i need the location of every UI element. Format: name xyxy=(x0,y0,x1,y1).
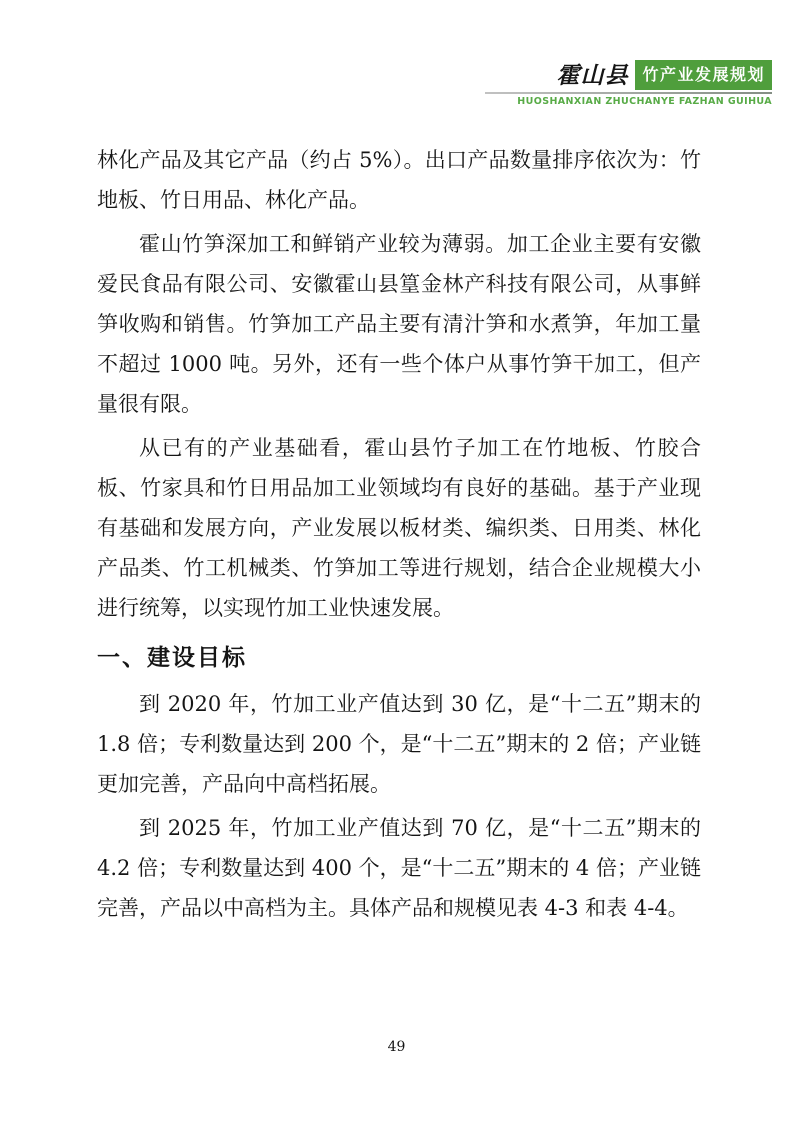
header-title-row: 霍山县 竹产业发展规划 xyxy=(485,60,772,90)
paragraph-goal-2025: 到 2025 年，竹加工业产值达到 70 亿，是“十二五”期末的 4.2 倍；专… xyxy=(97,808,701,928)
header-subtitle: HUOSHANXIAN ZHUCHANYE FAZHAN GUIHUA xyxy=(485,96,772,107)
paragraph-export-products: 林化产品及其它产品（约占 5%）。出口产品数量排序依次为：竹地板、竹日用品、林化… xyxy=(97,140,701,220)
county-name: 霍山县 xyxy=(556,64,635,90)
page-footer: 49 xyxy=(0,1038,793,1056)
report-title-badge: 竹产业发展规划 xyxy=(635,60,772,90)
paragraph-bamboo-shoot-industry: 霍山竹笋深加工和鲜销产业较为薄弱。加工企业主要有安徽爱民食品有限公司、安徽霍山县… xyxy=(97,224,701,424)
paragraph-goal-2020: 到 2020 年，竹加工业产值达到 30 亿，是“十二五”期末的 1.8 倍；专… xyxy=(97,684,701,804)
section-heading-construction-goals: 一、建设目标 xyxy=(97,642,701,674)
page-number: 49 xyxy=(388,1039,406,1055)
page-header: 霍山县 竹产业发展规划 HUOSHANXIAN ZHUCHANYE FAZHAN… xyxy=(485,60,772,107)
document-body: 林化产品及其它产品（约占 5%）。出口产品数量排序依次为：竹地板、竹日用品、林化… xyxy=(97,140,701,932)
header-divider xyxy=(485,92,772,94)
paragraph-industry-foundation: 从已有的产业基础看，霍山县竹子加工在竹地板、竹胶合板、竹家具和竹日用品加工业领域… xyxy=(97,428,701,628)
document-page: 霍山县 竹产业发展规划 HUOSHANXIAN ZHUCHANYE FAZHAN… xyxy=(0,0,793,1122)
